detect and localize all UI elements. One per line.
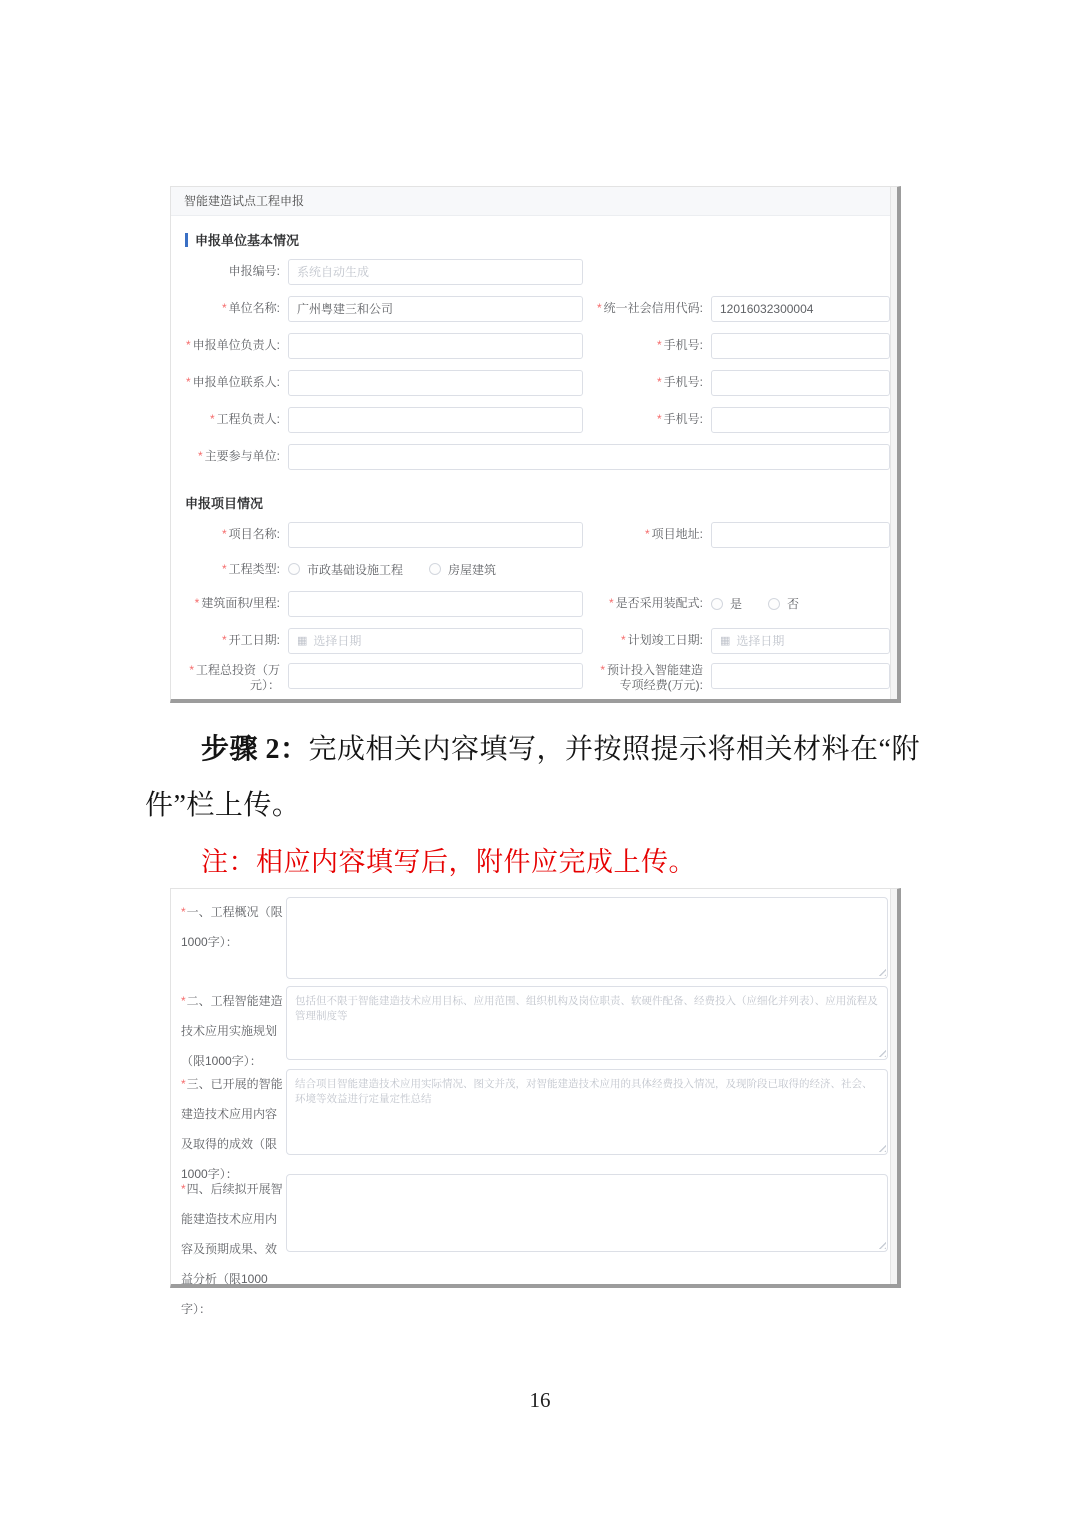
radio-housing-construction[interactable]: 房屋建筑 [429,561,496,578]
step2-paragraph: 步骤 2：完成相关内容填写，并按照提示将相关材料在“附件”栏上传。 [145,722,957,834]
calendar-icon: ▦ [720,634,730,647]
phone3-label: *手机号: [592,412,711,427]
phone2-label: *手机号: [592,375,711,390]
row-unit-name: *单位名称: *统一社会信用代码: [171,290,897,327]
row-area: *建筑面积/里程: *是否采用装配式: 是 否 [171,585,897,622]
row-unit-contact: *申报单位联系人: *手机号: [171,364,897,401]
unit-contact-label: *申报单位联系人: [171,375,288,390]
project-name-label: *项目名称: [171,527,288,542]
achievements-textarea[interactable] [286,1069,888,1155]
serial-input[interactable] [288,259,583,285]
radio-municipal-infrastructure[interactable]: 市政基础设施工程 [288,561,403,578]
credit-code-input[interactable] [711,296,890,322]
section-unit-info: 申报单位基本情况 [185,230,897,249]
phone1-label: *手机号: [592,338,711,353]
phone1-input[interactable] [711,333,890,359]
radio-circle-icon [288,563,300,575]
radio-prefab-no[interactable]: 否 [768,595,799,612]
participants-label: *主要参与单位: [171,449,288,464]
step2-label: 步骤 2： [201,734,309,765]
unit-head-input[interactable] [288,333,583,359]
form-screenshot-2: *一、工程概况（限1000字）： *二、工程智能建造技术应用实施规划（限1000… [170,888,901,1288]
unit-contact-input[interactable] [288,370,583,396]
investment-input[interactable] [288,663,583,689]
row-investment: *工程总投资（万元）： *预计投入智能建造专项经费(万元): [171,659,897,715]
serial-label: 申报编号: [171,264,288,279]
row-implementation-plan: *二、工程智能建造技术应用实施规划（限1000字）： [179,986,888,1076]
page-number: 16 [0,1388,1080,1413]
row-achievements: *三、已开展的智能建造技术应用内容及取得的成效（限1000字）： [179,1069,888,1189]
achievements-label: *三、已开展的智能建造技术应用内容及取得的成效（限1000字）： [179,1069,286,1189]
row-unit-head: *申报单位负责人: *手机号: [171,327,897,364]
radio-prefab-yes[interactable]: 是 [711,595,742,612]
overview-textarea[interactable] [286,897,888,979]
note-paragraph: 注：相应内容填写后，附件应完成上传。 [145,834,957,890]
unit-name-input[interactable] [288,296,583,322]
row-overview: *一、工程概况（限1000字）： [179,897,888,979]
finish-date-picker[interactable]: ▦ 选择日期 [711,628,890,654]
implementation-plan-textarea[interactable] [286,986,888,1060]
project-head-input[interactable] [288,407,583,433]
row-future-plan: *四、后续拟开展智能建造技术应用内容及预期成果、效益分析（限1000字）： [179,1174,888,1324]
area-label: *建筑面积/里程: [171,596,288,611]
smart-fund-label: *预计投入智能建造专项经费(万元): [592,663,711,693]
implementation-plan-label: *二、工程智能建造技术应用实施规划（限1000字）： [179,986,286,1076]
area-input[interactable] [288,591,583,617]
radio-circle-icon [711,598,723,610]
future-plan-label: *四、后续拟开展智能建造技术应用内容及预期成果、效益分析（限1000字）： [179,1174,286,1324]
form-screenshot-1: 智能建造试点工程申报 申报单位基本情况 申报编号: *单位名称: [170,186,901,703]
row-project-head: *工程负责人: *手机号: [171,401,897,438]
calendar-icon: ▦ [297,634,307,647]
radio-circle-icon [429,563,441,575]
row-project-type: *工程类型: 市政基础设施工程 房屋建筑 [171,553,897,585]
smart-fund-input[interactable] [711,663,890,689]
project-address-input[interactable] [711,522,890,548]
investment-label: *工程总投资（万元）： [171,663,288,693]
scrollbar[interactable] [890,187,897,699]
project-name-input[interactable] [288,522,583,548]
phone3-input[interactable] [711,407,890,433]
section-project-info: 申报项目情况 [185,493,897,512]
row-participants: *主要参与单位: [171,438,897,475]
finish-date-label: *计划竣工日期: [592,633,711,648]
scrollbar[interactable] [890,889,897,1284]
unit-head-label: *申报单位负责人: [171,338,288,353]
start-date-picker[interactable]: ▦ 选择日期 [288,628,583,654]
row-serial: 申报编号: [171,253,897,290]
section-accent-bar [185,233,188,247]
window-title: 智能建造试点工程申报 [171,187,897,216]
overview-label: *一、工程概况（限1000字）： [179,897,286,957]
unit-name-label: *单位名称: [171,301,288,316]
future-plan-textarea[interactable] [286,1174,888,1252]
project-head-label: *工程负责人: [171,412,288,427]
credit-code-label: *统一社会信用代码: [592,301,711,316]
prefab-label: *是否采用装配式: [592,596,711,611]
document-page: 智能建造试点工程申报 申报单位基本情况 申报编号: *单位名称: [0,0,1080,1527]
row-dates: *开工日期: ▦ 选择日期 *计划竣工日期: ▦ 选择日期 [171,622,897,659]
radio-circle-icon [768,598,780,610]
row-project-name: *项目名称: *项目地址: [171,516,897,553]
project-address-label: *项目地址: [592,527,711,542]
phone2-input[interactable] [711,370,890,396]
start-date-label: *开工日期: [171,633,288,648]
participants-input[interactable] [288,444,890,470]
project-type-label: *工程类型: [171,562,288,577]
